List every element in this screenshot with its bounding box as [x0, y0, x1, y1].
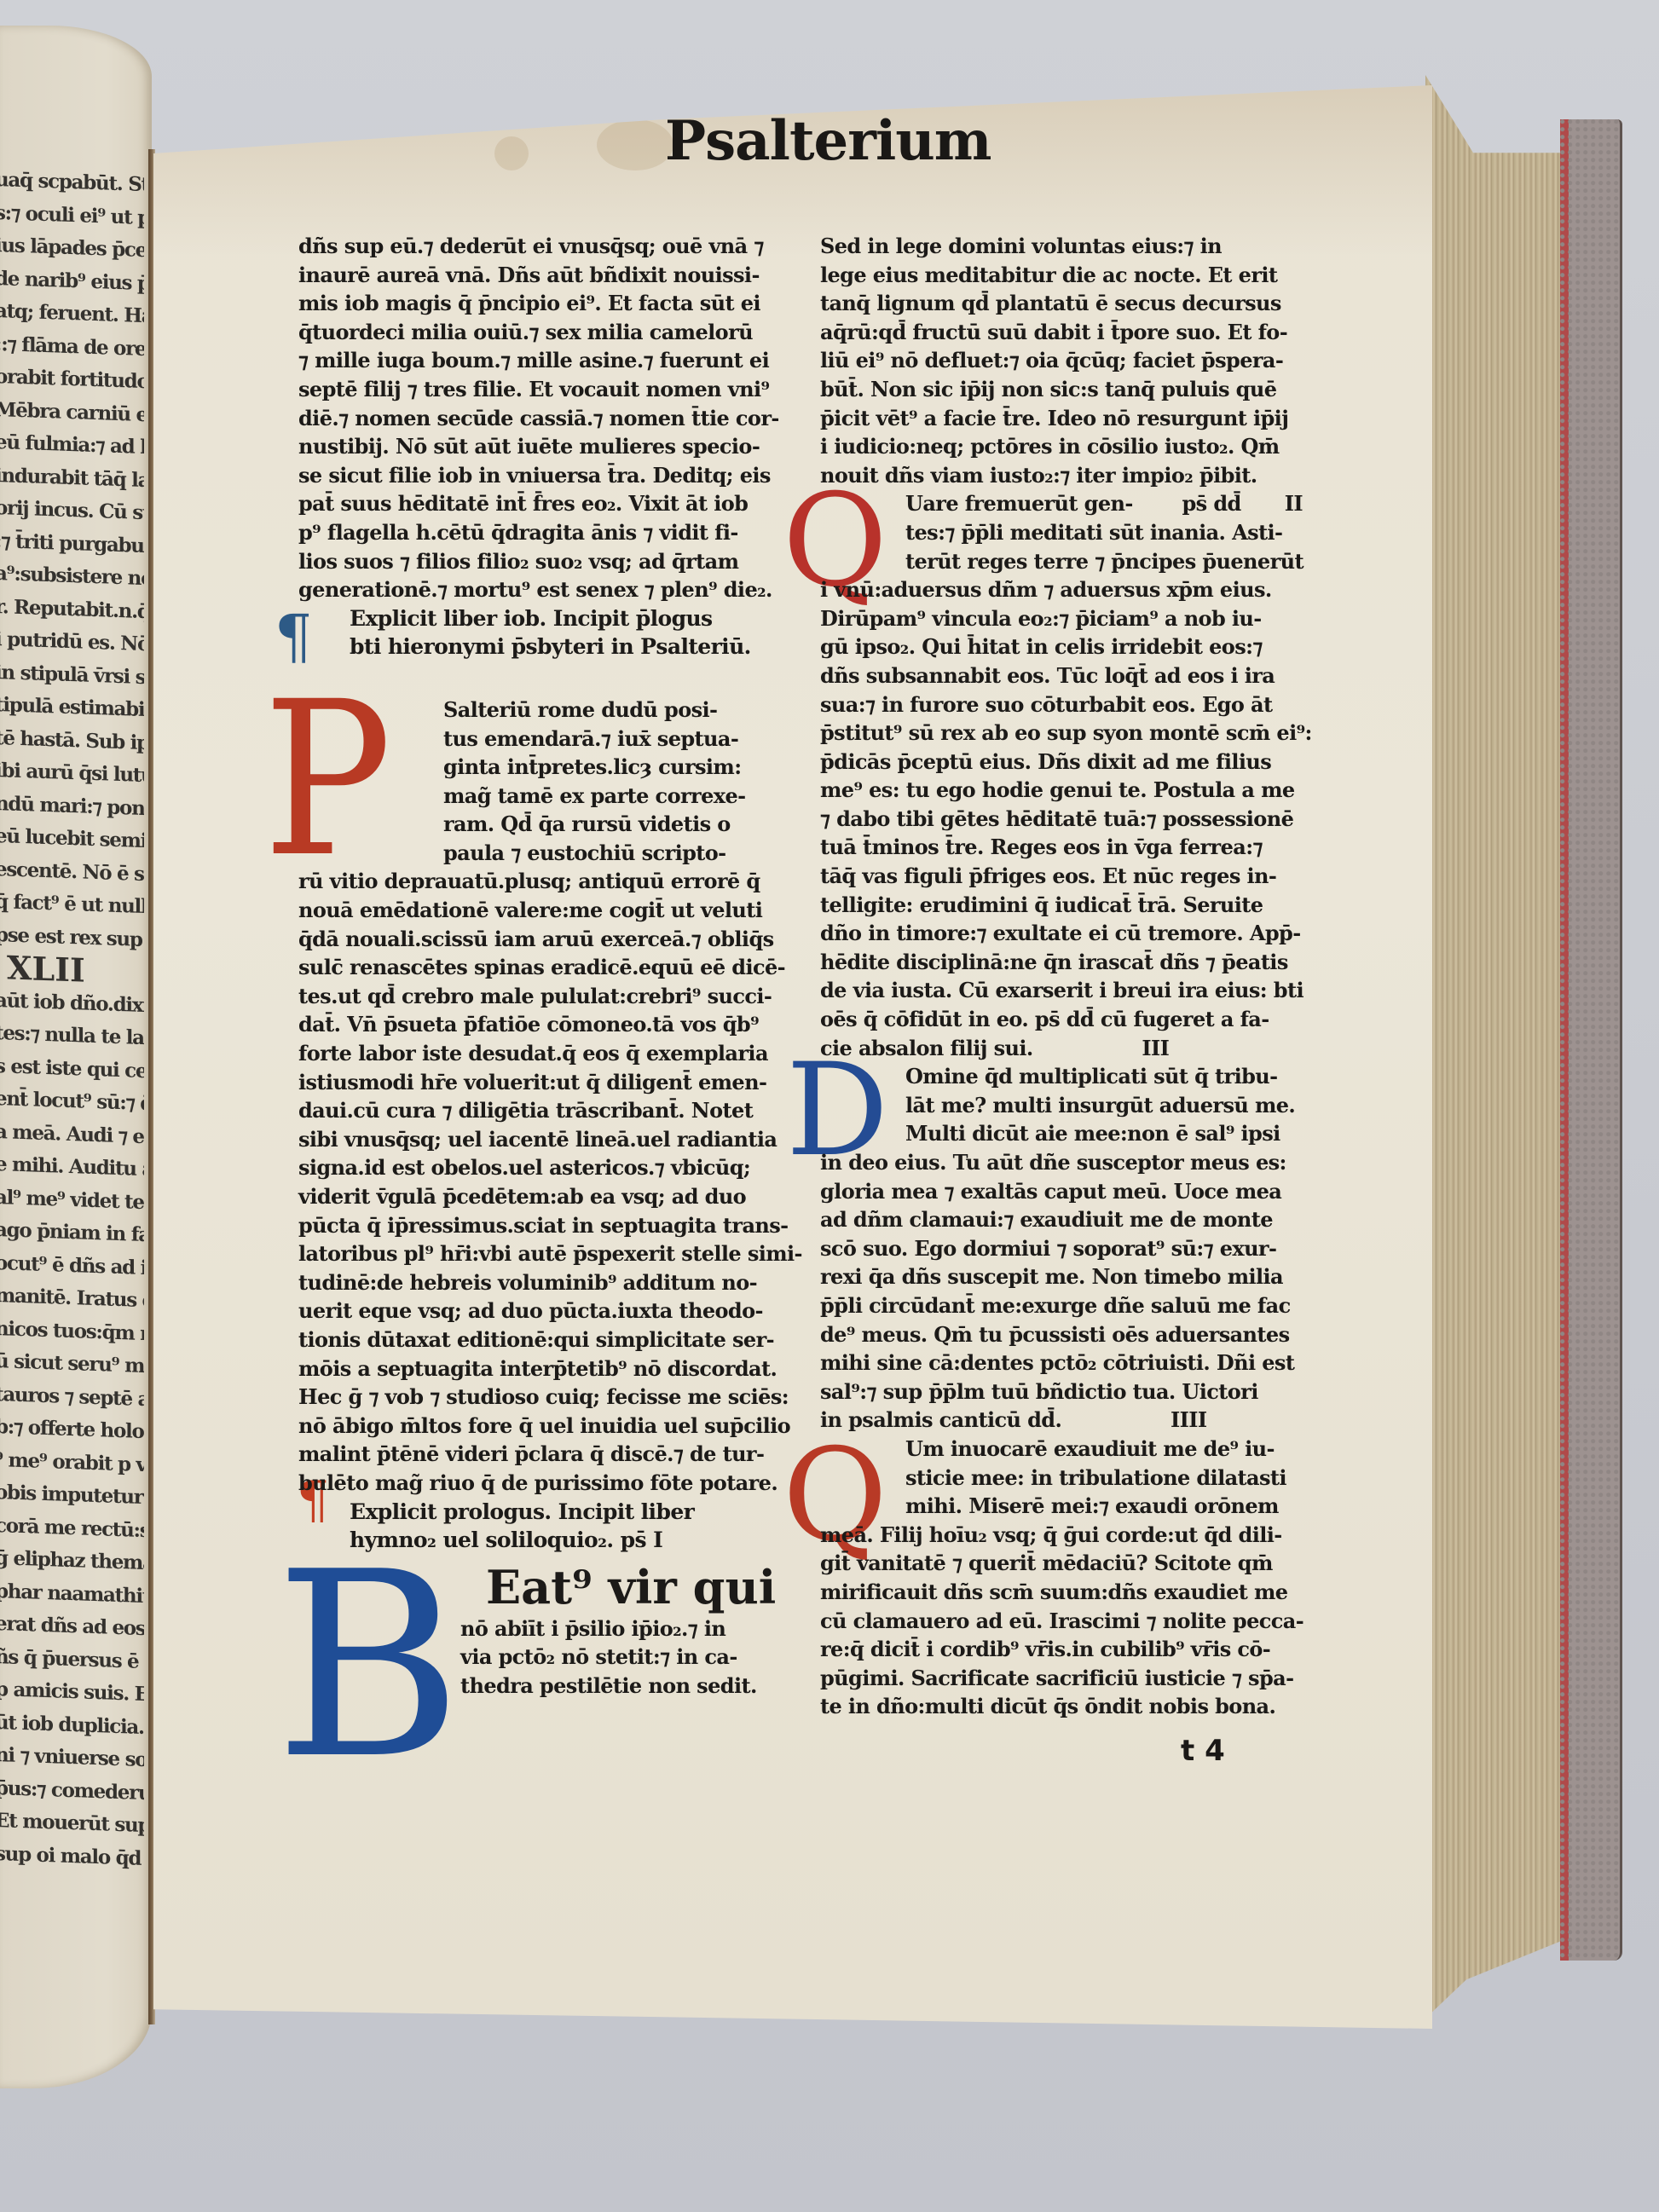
text-line: Multi dicūt aie mee:non ē sal⁹ ipsi: [820, 1119, 1306, 1148]
text-line: aq̄rū:qd̄ fructū suū dabit i t̄pore suo.…: [820, 318, 1306, 347]
psalm1-continuation: Sed in lege domini voluntas eius:⁊ in le…: [820, 232, 1306, 489]
psalm-number: III: [1039, 1036, 1169, 1060]
text-line: ⁊ dabo tibi gētes hēditatē tuā:⁊ possess…: [820, 805, 1306, 834]
left-page-line: p̄us:⁊ comederunt cū: [0, 1771, 144, 1810]
text-line: pūgimi. Sacrificate sacrificiū iusticie …: [820, 1664, 1306, 1693]
text-line: dño in timore:⁊ exultate ei cū tremore. …: [820, 919, 1306, 948]
text-line: mihi sine cā:dentes pctō₂ cōtriuisti. Dñ…: [820, 1349, 1306, 1377]
text-line: te in dño:multi dicūt q̄s ōndit nobis bo…: [820, 1692, 1306, 1721]
text-line: terūt reges terre ⁊ p̄ncipes p̄uenerūt: [820, 547, 1306, 576]
text-line: me⁹ es: tu ego hodie genui te. Postula a…: [820, 776, 1306, 805]
text-line: Um inuocarē exaudiuit me de⁹ iu-: [820, 1435, 1306, 1464]
left-page-line: ñs q̄ p̄uersus ē ad p̄niam: [0, 1640, 144, 1678]
left-page-line: a meā. Audi ⁊ ego loq̄r:: [0, 1115, 144, 1153]
text-line: meā. Filij hoīu₂ vsq; q̄ ḡui corde:ut q̄…: [820, 1521, 1306, 1550]
left-page-verso: uaq̄ scpabūt. Ster-s:⁊ oculi ei⁹ ut pal-…: [0, 26, 152, 2088]
text-line: gū ipso₂. Qui h̄itat in celis irridebit …: [820, 632, 1306, 661]
text-line: rexi q̄a dñs suscepit me. Non timebo mil…: [820, 1262, 1306, 1291]
spacer: [298, 661, 776, 696]
text-line: septē filij ⁊ tres filie. Et vocauit nom…: [298, 375, 776, 404]
text-line: de⁹ meus. Qm̄ tu p̄cussisti oēs aduersan…: [820, 1320, 1306, 1349]
text-line: Uare fremuerūt gen- ps̄ dd̄ II: [820, 489, 1306, 518]
text-line: latoribus pl⁹ hr̄i:vbi autē p̄spexerit s…: [298, 1239, 776, 1268]
text-line: sticie mee: in tribulatione dilatasti: [820, 1464, 1306, 1493]
signature-mark: t 4: [1181, 1734, 1225, 1768]
text-line: sibi vnusq̄sq; uel iacentē lineā.uel rad…: [298, 1125, 776, 1154]
prologue-block: Salteriū rome dudū posi- tus emendarā.⁊ …: [298, 696, 776, 1498]
text-line: mirificauit dñs scm̄ suum:dñs exaudiet m…: [820, 1578, 1306, 1607]
text-line: malint p̄tēnē videri p̄clara q̄ discē.⁊ …: [298, 1440, 776, 1469]
left-page-line: manitē. Iratus ē furor: [0, 1279, 144, 1318]
left-page-line: ocut⁹ ē dñs ad iob ad iob: [0, 1246, 144, 1285]
text-line: uerit eque vsq; ad duo pūcta.iuxta theod…: [298, 1297, 776, 1325]
left-page-line: XLII: [0, 951, 144, 990]
text-line: daui.cū cura ⁊ diligētia trāscribant̄. N…: [298, 1096, 776, 1125]
heading-line: bti hieronymi p̄sbyteri in Psalteriū.: [298, 632, 776, 661]
left-page-line: q̄ fact⁹ ē ut nullū timet.: [0, 886, 144, 924]
text-line: sulc̄ renascētes spinas eradicē.equū eē …: [298, 953, 776, 982]
text-line: i vnū:aduersus dñm ⁊ aduersus xp̄m eius.: [820, 575, 1306, 604]
psalm-text: in psalmis canticū dd̄.: [820, 1407, 1061, 1432]
left-page-line: tipulā estimabit malle-: [0, 689, 144, 727]
text-line: ⁊ mille iuga boum.⁊ mille asine.⁊ fuerun…: [298, 346, 776, 375]
left-page-line: b:⁊ offerte holocaustū p: [0, 1411, 144, 1449]
text-line: p⁹ flagella h.cētū q̄dragita ānis ⁊ vidi…: [298, 518, 776, 547]
heading-line: hymno₂ uel soliloquio₂. ps̄ I: [298, 1526, 776, 1555]
left-page-line: tauros ⁊ septē arietes:⁊: [0, 1377, 144, 1416]
left-page-line: al⁹ me⁹ videt te. Idcirco: [0, 1181, 144, 1219]
text-line: lege eius meditabitur die ac nocte. Et e…: [820, 261, 1306, 290]
text-line: Salteriū rome dudū posi-: [298, 696, 776, 725]
text-line: rū vitio deprauatū.plusq; antiquū errorē…: [298, 867, 776, 896]
text-line: sal⁹:⁊ sup p̄p̄lm tuū bñdictio tua. Uict…: [820, 1377, 1306, 1406]
text-line: p̄icit vēt⁹ a facie t̄re. Ideo nō resurg…: [820, 404, 1306, 433]
left-page-line: a⁹:subsistere nō poterit: [0, 557, 144, 596]
text-line: tanq̄ lignum qd̄ plantatū ē secus decurs…: [820, 289, 1306, 318]
text-line: dat̄. Vn̄ p̄sueta p̄fatiōe cōmoneo.tā vo…: [298, 1010, 776, 1039]
psalm2-block: Uare fremuerūt gen- ps̄ dd̄ II tes:⁊ p̄p…: [820, 489, 1306, 1062]
text-block-edges: [1425, 75, 1562, 2019]
left-page-line: Et mouerūt sup eum ca-: [0, 1805, 144, 1843]
text-line: tāq̄ vas figuli p̄friges eos. Et nūc reg…: [820, 862, 1306, 891]
text-line: tus emendarā.⁊ iux̄ septua-: [298, 725, 776, 754]
text-line: in psalmis canticū dd̄. IIII: [820, 1406, 1306, 1435]
text-line: ad dñm clamaui:⁊ exaudiuit me de monte: [820, 1205, 1306, 1234]
text-line: mis iob magis q̄ p̄ncipio ei⁹. Et facta …: [298, 289, 776, 318]
text-line: cū clamauero ad eū. Irascimi ⁊ nolite pe…: [820, 1607, 1306, 1636]
text-line: lios suos ⁊ filios filio₂ suo₂ vsq; ad q…: [298, 547, 776, 576]
text-line: tionis dūtaxat editionē:qui simplicitate…: [298, 1325, 776, 1354]
text-line: mōis a septuagita interp̄tetib⁹ nō disco…: [298, 1354, 776, 1383]
text-line: būt̄. Non sic ip̄ij non sic:s tanq̄ pulu…: [820, 375, 1306, 404]
left-page-line: ḡ eliphaz themanites ⁊: [0, 1542, 144, 1580]
left-page-line: eū fulmia:⁊ ad locū: [0, 426, 144, 465]
text-line: diē.⁊ nomen secūde cassiā.⁊ nomen t̄tie …: [298, 404, 776, 433]
left-page-line: :⁊ t̄riti purgabunt̄. Cū: [0, 524, 144, 563]
text-line: hēdite disciplinā:ne q̄n irascat̄ dñs ⁊ …: [820, 948, 1306, 977]
text-line: Sed in lege domini voluntas eius:⁊ in: [820, 232, 1306, 261]
job-ending-block: dñs sup eū.⁊ dederūt ei vnusq̄sq; ouē vn…: [298, 232, 776, 604]
left-page-line: atq; feruent. Halitus: [0, 295, 144, 333]
psalm3-block: Omine q̄d multiplicati sūt q̄ tribu- lāt…: [820, 1062, 1306, 1435]
text-line: dñs sup eū.⁊ dederūt ei vnusq̄sq; ouē vn…: [298, 232, 776, 261]
left-page-line: sup oi malo q̄d intulerat: [0, 1837, 144, 1875]
text-line: inaurē aureā vnā. Dñs aūt bñdixit nouiss…: [298, 261, 776, 290]
text-line: cie absalon filij sui. III: [820, 1034, 1306, 1063]
left-page-line: tē hastā. Sub ipso erūt: [0, 721, 144, 759]
paper-stain: [597, 119, 673, 170]
text-column-left: dñs sup eū.⁊ dederūt ei vnusq̄sq; ouē vn…: [298, 232, 776, 1701]
psalm-label: ps̄ dd̄: [1139, 491, 1240, 516]
left-page-line: corā me rectū:sicut fu: [0, 1509, 144, 1547]
text-line: de via iusta. Cū exarserit i breui ira e…: [820, 976, 1306, 1005]
text-line: git̄ vanitatē ⁊ querit̄ mēdaciū? Scitote…: [820, 1549, 1306, 1578]
psalm-number: IIII: [1068, 1407, 1207, 1432]
text-line: tes.ut qd̄ crebro male pululat:crebri⁹ s…: [298, 982, 776, 1011]
text-line: q̄dā nouali.scissū iam aruū exerceā.⁊ ob…: [298, 925, 776, 954]
text-line: i iudicio:neq; pctōres in cōsilio iusto₂…: [820, 432, 1306, 461]
left-page-line: eū lucebit semita:esti-: [0, 820, 144, 858]
left-page-line: ūt iob duplicia. Uenerūt: [0, 1706, 144, 1744]
left-page-line: ago p̄niam in fauilla ⁊: [0, 1214, 144, 1252]
text-line: gloria mea ⁊ exaltās caput meū. Uoce mea: [820, 1177, 1306, 1206]
psalm-text: Uare fremuerūt gen-: [905, 491, 1133, 516]
text-line: oēs q̄ cōfidūt in eo. ps̄ dd̄ cū fugeret…: [820, 1005, 1306, 1034]
left-page-line: phar naamathites:⁊ fe-: [0, 1574, 144, 1613]
text-line: ginta int̄pretes.licȝ cursim:: [298, 753, 776, 782]
text-line: p̄stitut⁹ sū rex ab eo sup syon montē sc…: [820, 719, 1306, 748]
text-line: tes:⁊ p̄p̄li meditati sūt inania. Asti-: [820, 518, 1306, 547]
left-page-line: ibi aurū q̄si lutū. Ferue-: [0, 754, 144, 793]
left-page-line: e mihi. Auditu auris au-: [0, 1148, 144, 1187]
text-line: nouā emēdationē valere:me cogit̄ ut velu…: [298, 896, 776, 925]
left-page-text: uaq̄ scpabūt. Ster-s:⁊ oculi ei⁹ ut pal-…: [0, 164, 144, 1875]
text-line: viderit v̄gulā p̄cedētem:ab ea vsq; ad d…: [298, 1182, 776, 1211]
explicit-job-heading: Explicit liber iob. Incipit p̄logus bti …: [298, 604, 776, 661]
left-page-line: uaq̄ scpabūt. Ster-: [0, 164, 144, 202]
left-page-line: orabit fortitudo:⁊ fa-: [0, 361, 144, 399]
psalm4-block: Um inuocarē exaudiuit me de⁹ iu- sticie …: [820, 1435, 1306, 1721]
text-line: nustibij. Nō sūt aūt iuēte mulieres spec…: [298, 432, 776, 461]
left-page-line: ⁹ me⁹ orabit p vob. Faciē: [0, 1443, 144, 1481]
left-page-line: ndū mari:⁊ ponet q̄si eū: [0, 787, 144, 825]
text-line: pūcta q̄ ip̄ressimus.sciat in septuagita…: [298, 1211, 776, 1240]
text-line: Dirūpam⁹ vincula eo₂:⁊ p̄iciam⁹ a nob iu…: [820, 604, 1306, 633]
text-line: scō suo. Ego dormiui ⁊ soporat⁹ sū:⁊ exu…: [820, 1234, 1306, 1263]
text-line: p̄dicās p̄ceptū eius. Dñs dixit ad me fi…: [820, 748, 1306, 777]
text-line: istiusmodi hr̄e voluerit:ut q̄ diligent̄…: [298, 1068, 776, 1097]
left-page-line: ius lāpades p̄cedūt: [0, 229, 144, 268]
text-line: re:q̄ dicit̄ i cordib⁹ vr̄is.in cubilib⁹…: [820, 1635, 1306, 1664]
text-line: se sicut filie iob in vniuersa t̄ra. Ded…: [298, 461, 776, 490]
left-page-line: nicos tuos:q̄m nō estis: [0, 1312, 144, 1350]
left-page-line: s:⁊ oculi ei⁹ ut pal-: [0, 196, 144, 234]
marbled-cover-edge: [1560, 119, 1622, 1961]
text-line: Omine q̄d multiplicati sūt q̄ tribu-: [820, 1062, 1306, 1091]
psalm1-incipit: Eat⁹ vir qui: [298, 1562, 776, 1614]
left-page-line: p amicis suis. Et addidit: [0, 1673, 144, 1712]
text-column-right: Sed in lege domini voluntas eius:⁊ in le…: [820, 232, 1306, 1721]
text-line: Hec ḡ ⁊ vob ⁊ studioso cuiq; fecisse me …: [298, 1383, 776, 1412]
left-page-line: pse est rex sup vniuersos: [0, 918, 144, 956]
left-page-line: escentē. Nō ē sup t̄rā p-: [0, 852, 144, 891]
left-page-line: i putridū es. Nō fuga-: [0, 623, 144, 661]
left-page-line: ent̄ locut⁹ sū:⁊ q̄ vltra: [0, 1083, 144, 1121]
left-page-line: Mēbra carniū ei⁹ co-: [0, 393, 144, 431]
text-line: liū ei⁹ nō defluet:⁊ oia q̄cūq; faciet p…: [820, 346, 1306, 375]
text-line: ram. Qd̄ q̄a rursū videtis o: [298, 810, 776, 839]
text-line: mag̃ tamē ex parte correxe-: [298, 782, 776, 811]
text-line: thedra pestilētie non sedit.: [298, 1672, 776, 1701]
running-head-title: Psalterium: [665, 109, 991, 173]
text-line: mihi. Miserē mei:⁊ exaudi orōnem: [820, 1492, 1306, 1521]
text-line: forte labor iste desudat.q̄ eos q̄ exemp…: [298, 1039, 776, 1068]
explicit-prologue-heading: Explicit prologus. Incipit liber hymno₂ …: [298, 1498, 776, 1555]
text-line: generationē.⁊ mortu⁹ est senex ⁊ plen⁹ d…: [298, 575, 776, 604]
left-page-line: aūt iob dño.dixit:Scio: [0, 984, 144, 1022]
left-page-line: ::⁊ flāma de ore eius: [0, 327, 144, 366]
left-page-line: in stipulā v̄rsi sūt ei la-: [0, 656, 144, 694]
text-line: dñs subsannabit eos. Tūc loq̄t̄ ad eos i…: [820, 661, 1306, 690]
left-page-line: erat dñs ad eos:⁊ susce-: [0, 1608, 144, 1646]
paper-stain: [494, 136, 529, 170]
left-page-line: tes:⁊ nulla te latet cogi-: [0, 1017, 144, 1055]
text-line: in deo eius. Tu aūt dñe susceptor meus e…: [820, 1148, 1306, 1177]
heading-line: Explicit prologus. Incipit liber: [298, 1498, 776, 1527]
text-line: sua:⁊ in furore suo cōturbabit eos. Ego …: [820, 690, 1306, 719]
text-line: nō abiīt i p̄silio ip̄io₂.⁊ in: [298, 1614, 776, 1643]
psalm-text: cie absalon filij sui.: [820, 1036, 1033, 1060]
text-line: nō ābigo m̄ltos fore q̄ uel inuidia uel …: [298, 1412, 776, 1441]
text-line: q̄tuordeci milia ouiū.⁊ sex milia camelo…: [298, 318, 776, 347]
text-line: bulēto mag̃ riuo q̄ de purissimo fōte po…: [298, 1469, 776, 1498]
left-page-line: obis imputetur stulticia.: [0, 1476, 144, 1515]
text-line: signa.id est obelos.uel astericos.⁊ vbic…: [298, 1153, 776, 1182]
psalm-number: II: [1285, 489, 1306, 518]
text-line: pat̄ suus hēditatē int̄ f̄res eo₂. Vixit…: [298, 489, 776, 518]
text-line: lāt me? multi insurgūt aduersū me.: [820, 1091, 1306, 1120]
heading-line: Explicit liber iob. Incipit p̄logus: [298, 604, 776, 633]
text-line: via pctō₂ nō stetit:⁊ in ca-: [298, 1643, 776, 1672]
left-page-line: r. Reputabit.n.q̄si pa-: [0, 590, 144, 628]
left-page-line: ni ⁊ vniuerse sorores sue: [0, 1739, 144, 1777]
text-line: paula ⁊ eustochiū scripto-: [298, 839, 776, 868]
left-page-line: s est iste qui celat cōsiliū: [0, 1049, 144, 1088]
text-line: nouit dñs viam iusto₂:⁊ iter impio₂ p̄ib…: [820, 461, 1306, 490]
left-page-line: indurabit tāq̄ lapis:: [0, 459, 144, 497]
text-line: tuā t̄minos t̄re. Reges eos in v̄ga ferr…: [820, 833, 1306, 862]
left-page-line: ū sicut seru⁹ me⁹ iob. Su-: [0, 1345, 144, 1383]
left-page-line: de narib⁹ eius p̄cedit: [0, 262, 144, 300]
text-line: tudinē:de hebreis voluminib⁹ additum no-: [298, 1268, 776, 1297]
text-line: p̄p̄li circūdant̄ me:exurge dñe saluū me…: [820, 1291, 1306, 1320]
text-line: telligite: erudimini q̄ iudicat̄ t̄rā. S…: [820, 891, 1306, 920]
left-page-line: orij incus. Cū sublatus: [0, 492, 144, 530]
